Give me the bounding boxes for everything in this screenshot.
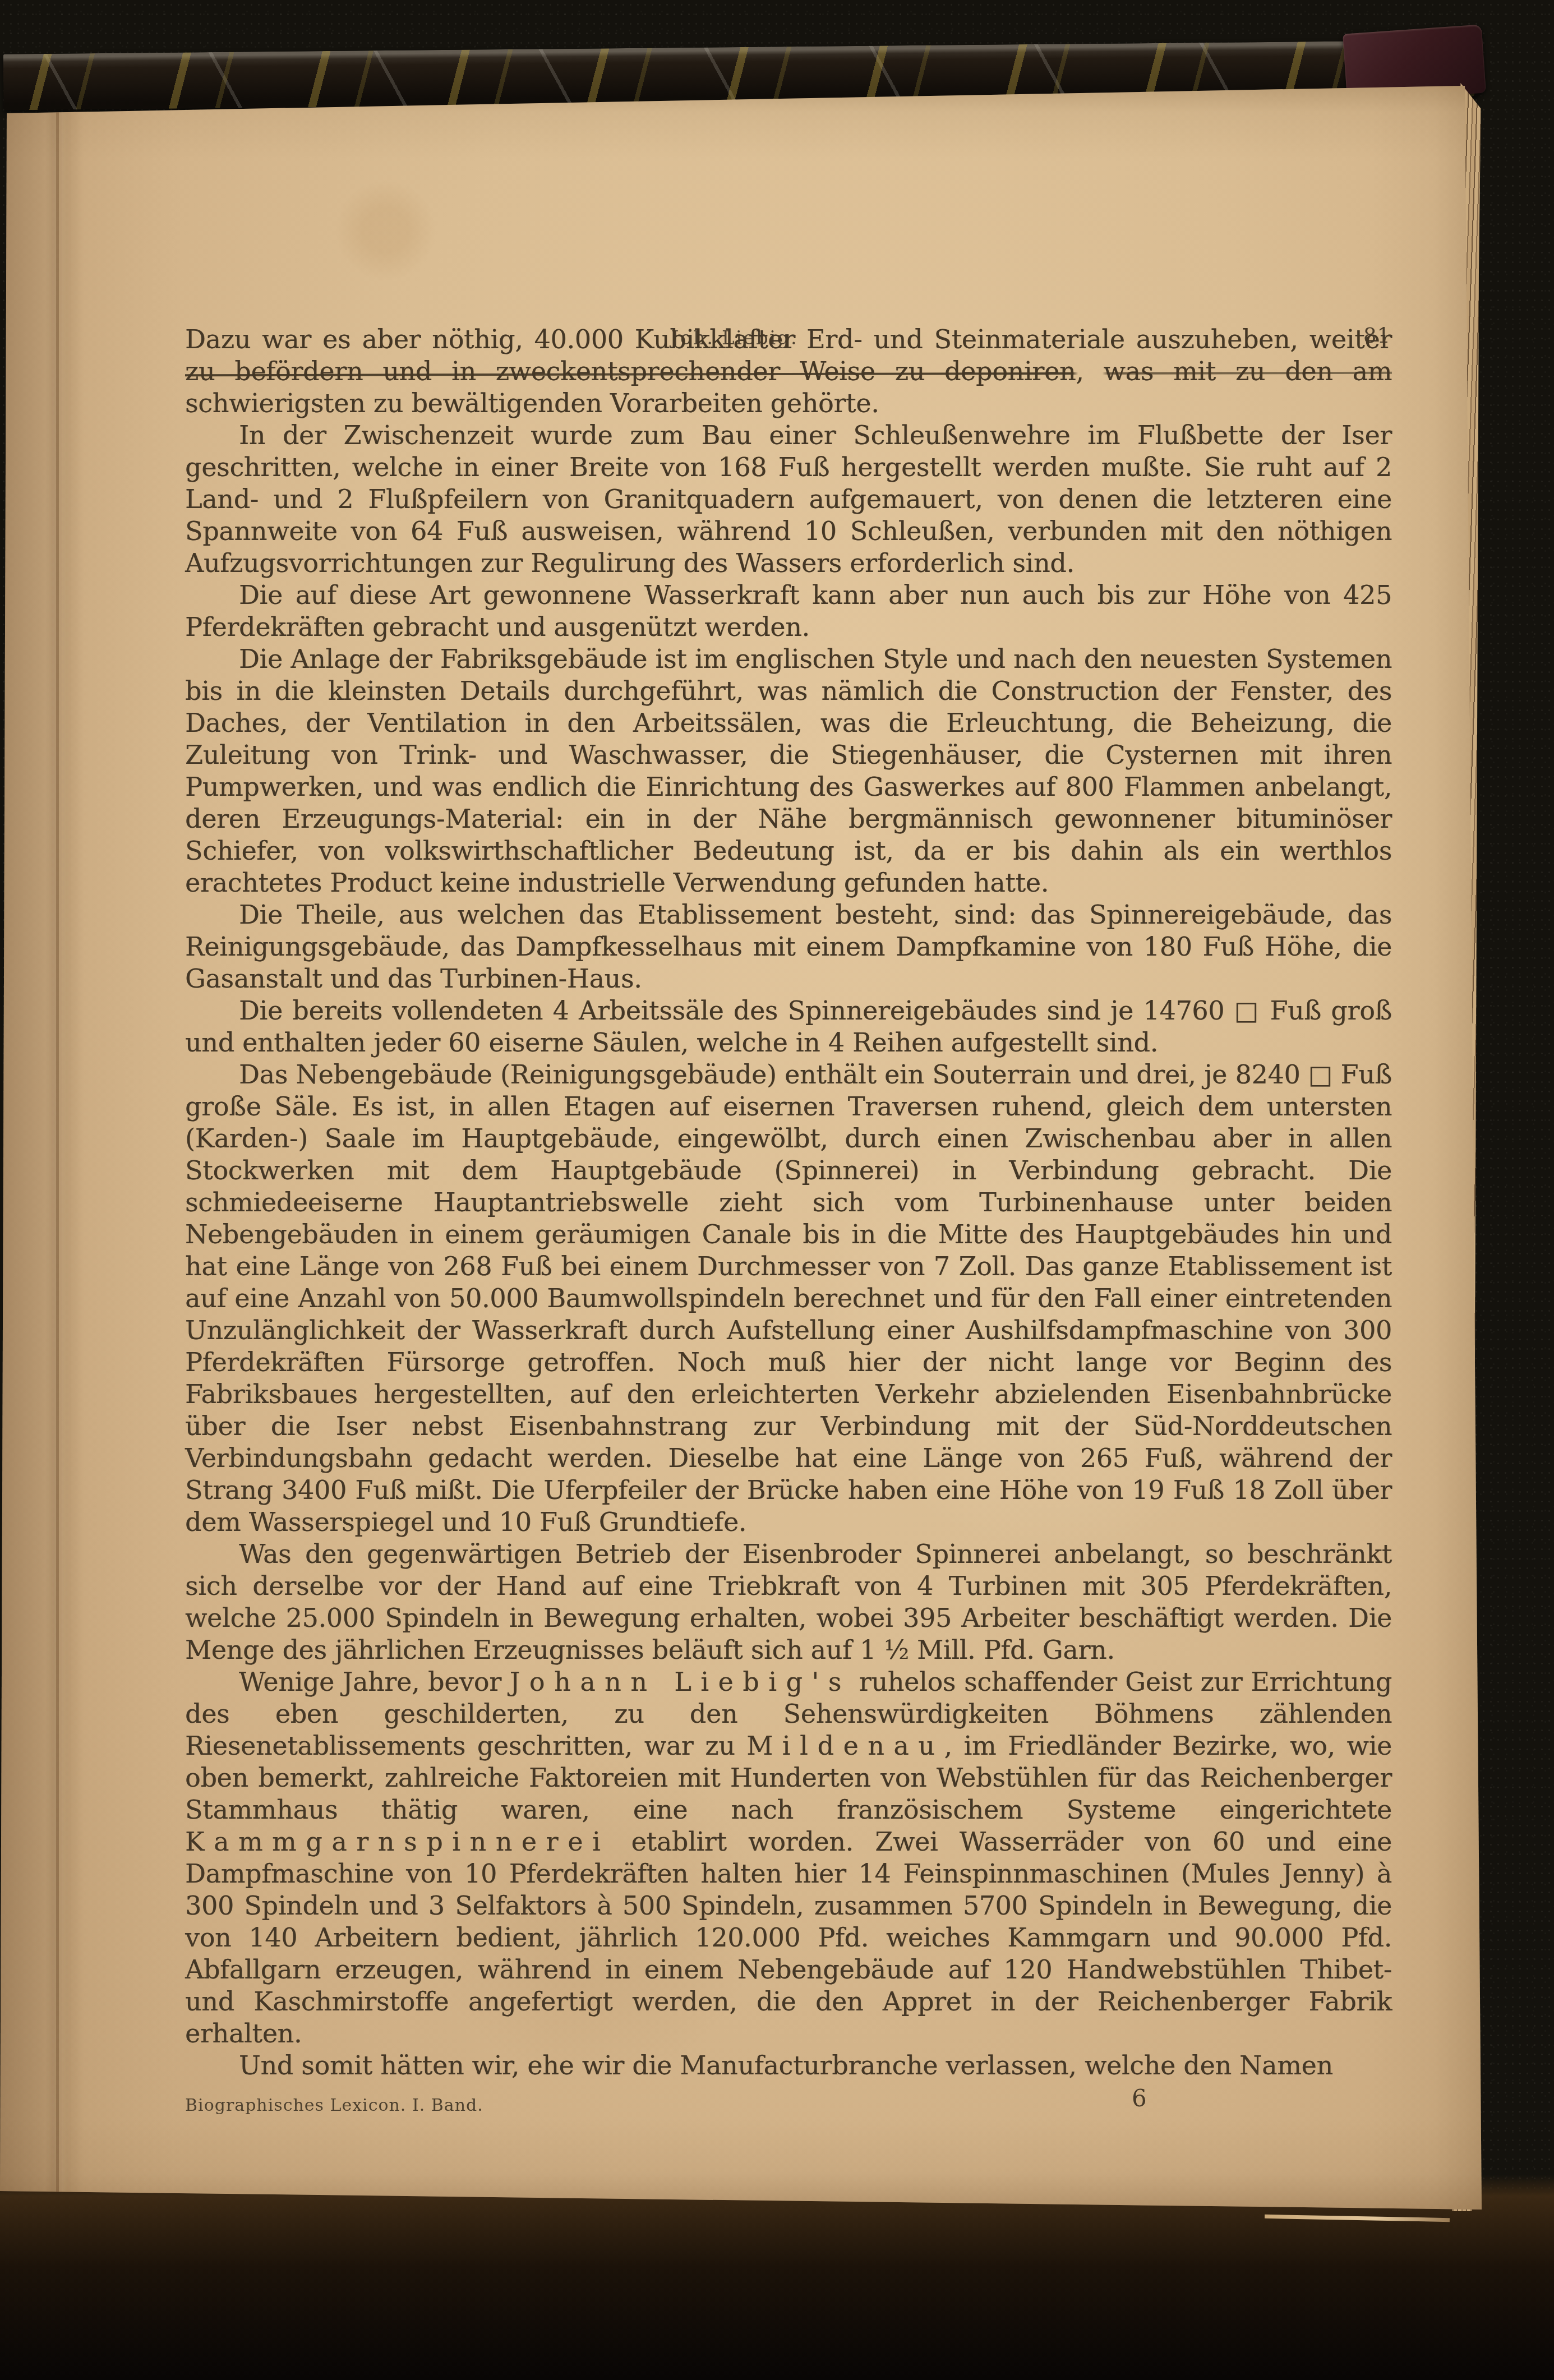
paragraph-text: Dazu war es aber nöthig, 40.000 Kubikkla…	[185, 324, 1392, 418]
paragraph-6: Die bereits vollendeten 4 Arbeitssäle de…	[185, 995, 1392, 1059]
paragraph-text: Das Nebengebäude (Reinigungsgebäude) ent…	[185, 1059, 1392, 1537]
spaced-place-mildenau: Mildenau	[746, 1731, 944, 1761]
book-page: Joh. Liebig. 81 Dazu war es aber nöthig,…	[0, 81, 1483, 2212]
paragraph-8: Was den gegenwärtigen Betrieb der Eisenb…	[185, 1538, 1392, 1666]
paragraph-text: Was den gegenwärtigen Betrieb der Eisenb…	[185, 1539, 1392, 1665]
paragraph-3: Die auf diese Art gewonnene Wasserkraft …	[185, 579, 1392, 643]
photographed-book-scan: { "header": { "running_title": "Joh. Lie…	[0, 0, 1554, 2380]
paragraph-9: Wenige Jahre, bevor Johann Liebig's ruhe…	[185, 1666, 1392, 2050]
paragraph-text: Wenige Jahre, bevor	[239, 1667, 510, 1697]
body-text: Dazu war es aber nöthig, 40.000 Kubikkla…	[185, 324, 1392, 2082]
paragraph-7: Das Nebengebäude (Reinigungsgebäude) ent…	[185, 1059, 1392, 1538]
paragraph-text: In der Zwischenzeit wurde zum Bau einer …	[185, 420, 1392, 578]
paragraph-2: In der Zwischenzeit wurde zum Bau einer …	[185, 419, 1392, 579]
paragraph-5: Die Theile, aus welchen das Etablissemen…	[185, 899, 1392, 995]
paragraph-text: Die Theile, aus welchen das Etablissemen…	[185, 900, 1392, 994]
volume-signature: Biographisches Lexicon. I. Band.	[185, 2096, 483, 2115]
paragraph-text: etablirt worden. Zwei Wasserräder von 60…	[185, 1826, 1392, 2049]
spaced-name-johann-liebig: Johann Liebig's	[510, 1667, 851, 1697]
paragraph-1: Dazu war es aber nöthig, 40.000 Kubikkla…	[185, 324, 1392, 419]
paragraph-text: Die Anlage der Fabriksgebäude ist im eng…	[185, 644, 1392, 898]
gutter-crease	[56, 81, 59, 2212]
paragraph-10: Und somit hätten wir, ehe wir die Manufa…	[185, 2050, 1392, 2082]
sheet-signature-number: 6	[1132, 2084, 1147, 2112]
paragraph-4: Die Anlage der Fabriksgebäude ist im eng…	[185, 643, 1392, 899]
spaced-word-kammgarnspinnerei: Kammgarnspinnerei	[185, 1826, 610, 1857]
paragraph-text: Die bereits vollendeten 4 Arbeitssäle de…	[185, 995, 1392, 1058]
paragraph-text: Die auf diese Art gewonnene Wasserkraft …	[185, 580, 1392, 642]
paragraph-text: Und somit hätten wir, ehe wir die Manufa…	[239, 2050, 1333, 2081]
